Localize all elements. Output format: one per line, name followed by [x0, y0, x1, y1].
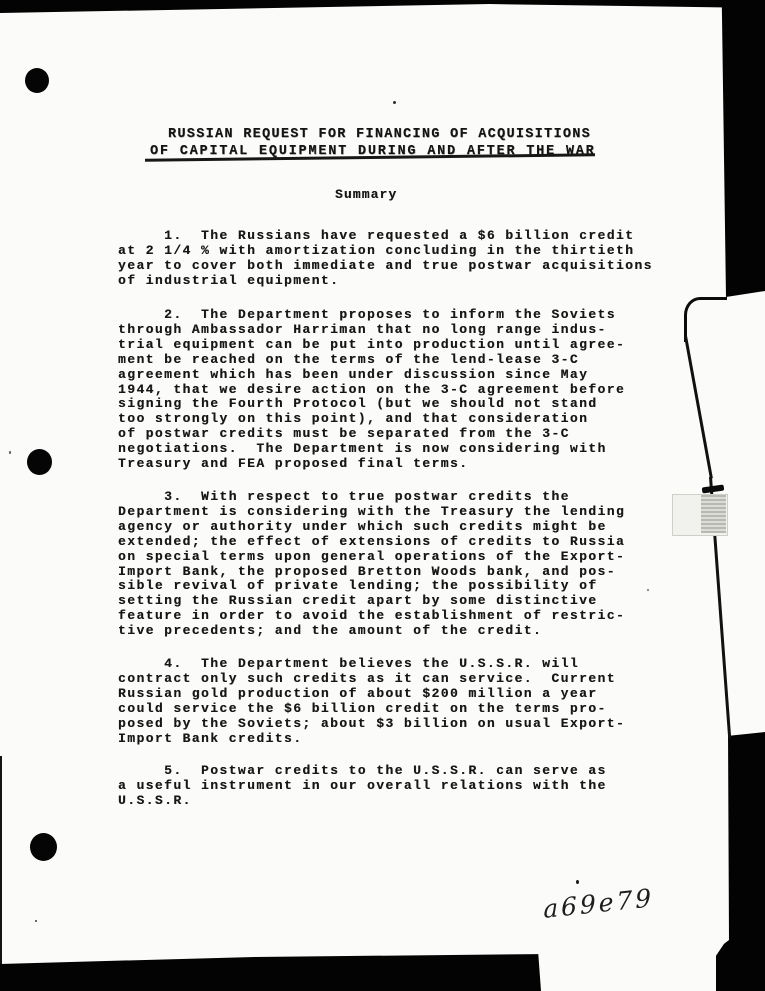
ink-speck	[9, 451, 11, 454]
scan-top-edge-bar	[0, 0, 765, 14]
ink-speck	[576, 880, 579, 884]
smudge-patch-dark	[701, 495, 726, 533]
paragraph-4: 4. The Department believes the U.S.S.R. …	[118, 657, 625, 746]
paragraph-2: 2. The Department proposes to inform the…	[118, 308, 625, 472]
hole-punch-middle	[27, 449, 52, 475]
ink-speck	[647, 589, 649, 591]
ink-speck	[393, 101, 396, 104]
section-heading: Summary	[335, 187, 397, 202]
scan-right-edge-block-top	[718, 0, 765, 300]
paragraph-5: 5. Postwar credits to the U.S.S.R. can s…	[118, 764, 607, 809]
scan-bottom-edge-bar	[0, 950, 541, 991]
page-corner-curve	[684, 297, 727, 342]
handwritten-annotation: a69e79	[543, 883, 655, 924]
hole-punch-bottom	[30, 833, 57, 861]
document-title-line-1: RUSSIAN REQUEST FOR FINANCING OF ACQUISI…	[168, 128, 591, 142]
scan-right-edge-block-bottom	[714, 732, 765, 991]
scan-left-edge-line	[0, 756, 2, 964]
page-edge-line-upper	[684, 335, 713, 478]
scanned-document-page: RUSSIAN REQUEST FOR FINANCING OF ACQUISI…	[0, 0, 765, 991]
ink-speck	[35, 920, 37, 922]
hole-punch-top	[25, 68, 49, 93]
paragraph-1: 1. The Russians have requested a $6 bill…	[118, 229, 653, 289]
paragraph-3: 3. With respect to true postwar credits …	[118, 490, 625, 639]
